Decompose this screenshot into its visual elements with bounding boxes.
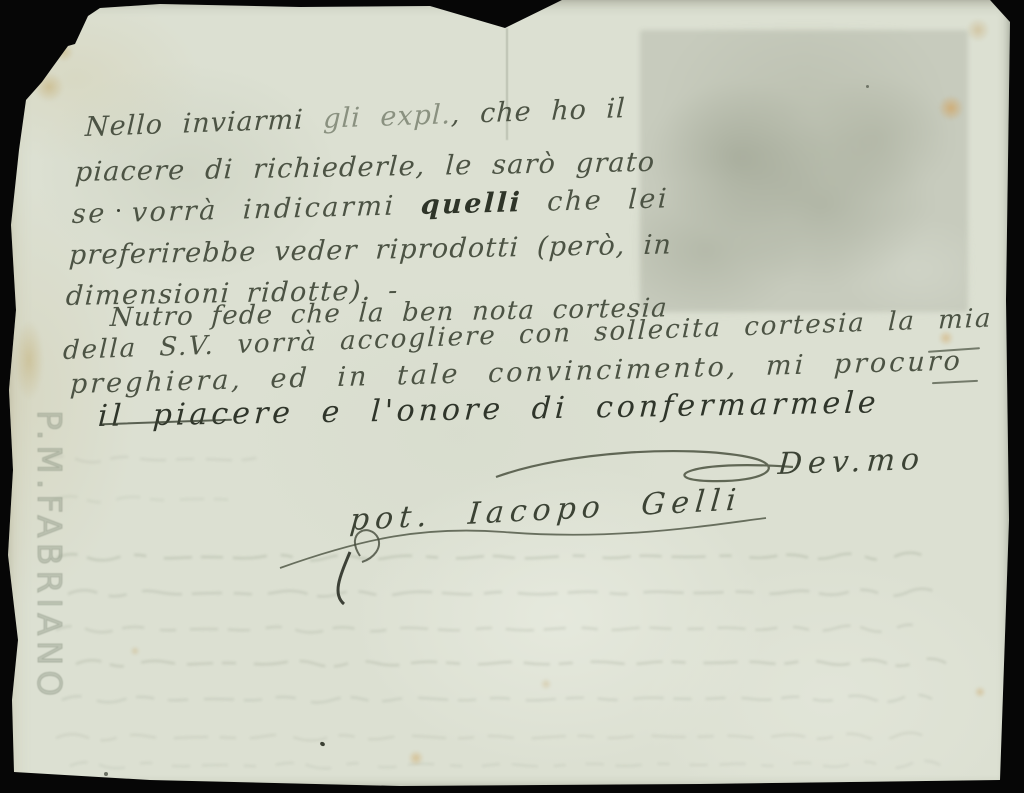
line1-part3: , che ho il bbox=[451, 93, 627, 130]
foxing-stain bbox=[540, 678, 552, 690]
closing-text: Dev.mo bbox=[777, 442, 927, 482]
handwritten-line-2: piacere di richiederle, le sarò grato bbox=[74, 147, 656, 188]
handwritten-line-3: se vorrà indicarmi quelli che lei bbox=[71, 183, 669, 230]
handwritten-line-4: preferirebbe veder riprodotti (però, in bbox=[68, 229, 673, 271]
handwritten-line-1: Nello inviarmi gli expl., che ho il bbox=[84, 93, 626, 143]
line3-part3: che lei bbox=[521, 183, 669, 218]
foxing-stain bbox=[54, 42, 74, 62]
line3-part1: se vorrà indicarmi bbox=[71, 190, 421, 230]
line-filler-dash bbox=[932, 380, 978, 384]
foxing-stain bbox=[966, 18, 990, 42]
foxing-stain bbox=[408, 750, 424, 766]
reverse-side-showthrough-mid bbox=[46, 440, 286, 530]
foxing-stain bbox=[938, 95, 964, 121]
letter-page: P.M.FABRIANO Nello inviarmi gli expl., c… bbox=[6, 0, 1012, 790]
line1-part1: Nello inviarmi bbox=[84, 104, 323, 143]
ink-speck bbox=[117, 209, 120, 212]
faded-print-image bbox=[640, 30, 968, 312]
foxing-stain bbox=[14, 320, 44, 400]
line3-bold-part: quelli bbox=[420, 187, 523, 221]
photo-background: P.M.FABRIANO Nello inviarmi gli expl., c… bbox=[0, 0, 1024, 793]
foxing-stain bbox=[938, 330, 954, 346]
foxing-stain bbox=[974, 686, 986, 698]
line1-faded-part: gli expl. bbox=[323, 99, 452, 135]
ink-speck bbox=[866, 85, 869, 88]
foxing-stain bbox=[130, 646, 140, 656]
foxing-stain bbox=[34, 72, 64, 102]
ink-speck bbox=[104, 772, 108, 776]
faded-print-attachment bbox=[640, 30, 968, 312]
